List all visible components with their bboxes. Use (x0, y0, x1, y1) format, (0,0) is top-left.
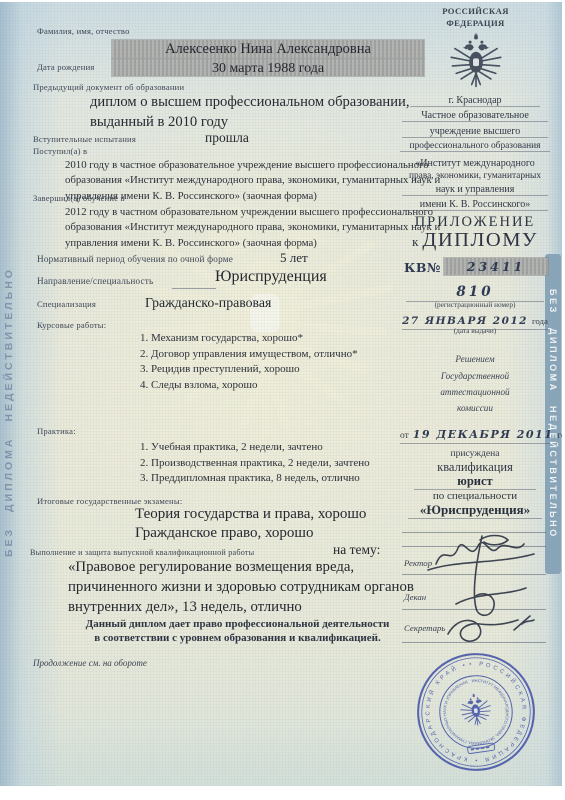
rights-note-line1: Данный диплом дает право профессионально… (45, 618, 430, 630)
entrance-exams-label: Вступительные испытания (33, 134, 136, 144)
commission-line: аттестационной (400, 387, 550, 397)
specialization-value: Гражданско-правовая (145, 295, 271, 311)
signature-secretary (448, 616, 534, 641)
commission-line: Решением (400, 354, 550, 364)
institution-line: г. Краснодар (410, 95, 540, 107)
series-row: КВ№ (404, 259, 441, 277)
entrance-exams-value: прошла (205, 130, 249, 146)
dob-label: Дата рождения (37, 62, 95, 72)
thesis-topic-label: на тему: (333, 542, 380, 558)
thesis-line1: «Правовое регулирование возмещения вреда… (68, 559, 354, 576)
state-exam-item: Гражданское право, хорошо (135, 525, 313, 542)
direction-underline (172, 288, 216, 289)
dob-redaction-bar: 30 марта 1988 года (112, 59, 424, 76)
state-exams-label: Итоговые государственные экзамены: (37, 496, 182, 506)
name-label: Фамилия, имя, отчество (37, 26, 130, 36)
normative-period-value: 5 лет (280, 250, 308, 266)
commission-line: Государственной (400, 371, 550, 381)
signatures-scribble (418, 530, 550, 656)
issue-date-suffix: года (532, 316, 548, 326)
security-text-left: БЕЗ ДИПЛОМА НЕДЕЙСТВИТЕЛЬНО (3, 234, 21, 590)
decision-date-row: от 19 ДЕКАБРЯ 2011 года (400, 425, 550, 444)
awarded-line2: квалификация (400, 460, 550, 475)
enrolled-label: Поступил(а) в (33, 146, 87, 156)
thesis-line3: внутренних дел», 13 недель, отлично (68, 599, 302, 616)
name-redaction-bar: Алексеенко Нина Александровна (112, 40, 424, 58)
title-diplomu: ДИПЛОМУ (422, 229, 538, 251)
commission-line: комиссии (400, 403, 550, 413)
institution-line: профессионального образования (400, 141, 550, 152)
qualification-value: юрист (414, 474, 536, 490)
series-redaction-bar: 23411 (444, 258, 548, 275)
specialty-label: по специальности (400, 490, 550, 502)
direction-value: Юриспруденция (215, 268, 327, 286)
title-prefix: к (412, 234, 418, 249)
institution-line: Частное образовательное (402, 110, 548, 122)
person-dob: 30 марта 1988 года (212, 61, 324, 76)
normative-period-label: Нормативный период обучения по очной фор… (37, 254, 233, 264)
specialization-label: Специализация (37, 299, 96, 309)
reg-number-caption: (регистрационный номер) (400, 300, 550, 309)
title-k-diplomu: к ДИПЛОМУ (400, 229, 550, 252)
decision-date: 19 ДЕКАБРЯ 2011 (413, 428, 554, 441)
seal-center-eagle-icon (459, 691, 493, 727)
reg-number-value: 810 (456, 284, 493, 300)
direction-label: Направление/специальность (37, 276, 153, 286)
specialty-value: «Юриспруденция» (408, 502, 542, 519)
institution-line: имени К. В. Россинского» (402, 199, 548, 211)
completed-text: 2012 году в частном образовательном учре… (65, 205, 443, 251)
decision-suffix: года (557, 431, 562, 441)
thesis-line2: причиненного жизни и здоровью сотрудника… (68, 579, 414, 596)
diploma-supplement-page: БЕЗ ДИПЛОМА НЕДЕЙСТВИТЕЛЬНО БЕЗ ДИПЛОМА … (0, 2, 562, 786)
awarded-line1: присуждена (400, 448, 550, 459)
institution-line: учреждение высшего (402, 126, 548, 138)
institution-line: наук и управления (402, 184, 548, 196)
rights-note-line2: в соответствии с уровнем образования и к… (45, 632, 430, 644)
previous-doc-line2: выданный в 2010 году (90, 114, 228, 131)
practice-label: Практика: (37, 426, 76, 436)
decision-prefix: от (400, 431, 409, 441)
previous-doc-label: Предыдущий документ об образовании (33, 82, 184, 92)
issue-date-caption: (дата выдачи) (400, 326, 550, 335)
series-number: 23411 (467, 259, 526, 274)
coursework-label: Курсовые работы: (37, 320, 106, 330)
completed-label: Завершил(а) обучение в (33, 193, 125, 203)
institution-line: «Институт международного (402, 158, 548, 169)
institution-seal: • РОССИЙСКАЯ ФЕДЕРАЦИЯ • КРАСНОДАРСКИЙ К… (406, 642, 546, 782)
person-name: Алексеенко Нина Александровна (165, 41, 371, 57)
institution-line: права, экономики, гуманитарных (400, 171, 550, 181)
previous-doc-line1: диплом о высшем профессиональном образов… (90, 94, 410, 111)
state-exam-item: Теория государства и права, хорошо (135, 506, 366, 523)
series-label: КВ№ (404, 260, 441, 275)
continuation-note: Продолжение см. на обороте (33, 658, 147, 668)
thesis-label: Выполнение и защита выпускной квалификац… (30, 548, 254, 557)
